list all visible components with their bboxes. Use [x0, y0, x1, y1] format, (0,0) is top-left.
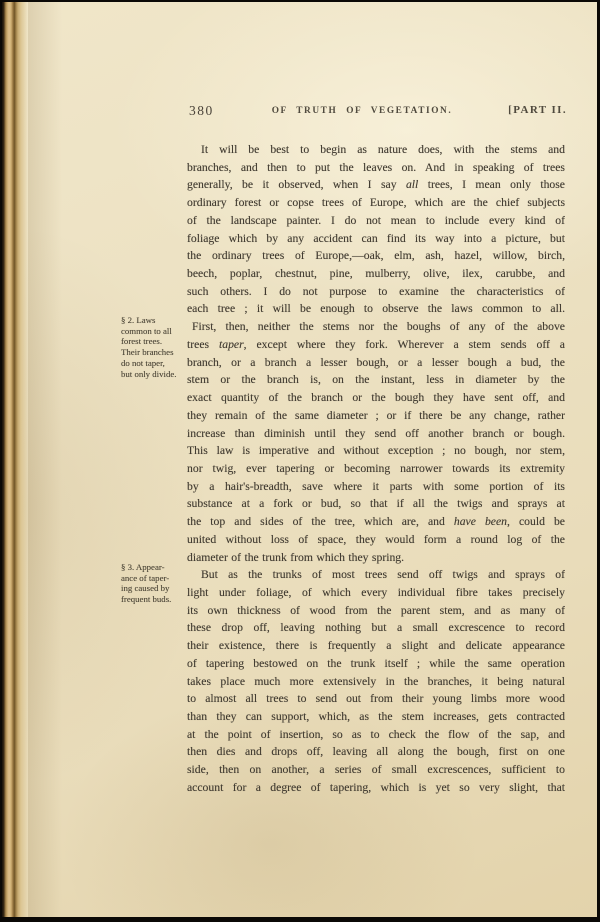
text-line: to almost all trees to send out from the…: [187, 690, 565, 708]
text-line: substance at a fork or bud, so that if a…: [187, 495, 565, 513]
text-line: foliage which by any accident can find i…: [187, 230, 565, 248]
text-line: beech, poplar, chestnut, pine, mulberry,…: [187, 265, 565, 283]
body-text: It will be best to begin as nature does,…: [187, 141, 565, 797]
text-line: exact quantity of the branch or the boug…: [187, 389, 565, 407]
margin-note-line: common to all: [121, 326, 185, 337]
text-line: light under foliage, of which every indi…: [187, 584, 565, 602]
text-line: increase than diminish until they send o…: [187, 425, 565, 443]
page-number: 380: [189, 103, 214, 119]
text-line: then dies and drops off, leaving all alo…: [187, 743, 565, 761]
text-line: side, then on another, a series of small…: [187, 761, 565, 779]
text-line: these drop off, leaving nothing but a sm…: [187, 619, 565, 637]
margin-note-line: do not taper,: [121, 358, 185, 369]
text-line: takes place much more extensively in the…: [187, 673, 565, 691]
text-line: diameter of the trunk from which they sp…: [187, 549, 565, 567]
text-line: each tree ; it will be enough to observe…: [187, 300, 565, 318]
part-label: [PART II.: [508, 104, 567, 116]
text-line: branches, and then to put the leaves on.…: [187, 159, 565, 177]
book-gutter-page-edges: [2, 2, 28, 917]
text-line: generally, be it observed, when I say al…: [187, 176, 565, 194]
margin-note-line: § 2. Laws: [121, 315, 185, 326]
text-line: the top and sides of the tree, which are…: [187, 513, 565, 531]
margin-note-line: forest trees.: [121, 336, 185, 347]
gutter-shadow: [28, 2, 62, 917]
text-line: such others. I do not purpose to examine…: [187, 283, 565, 301]
margin-note-line: ance of taper-: [121, 573, 185, 584]
margin-note-line: ing caused by: [121, 583, 185, 594]
text-line: stem or the branch is, on the instant, l…: [187, 371, 565, 389]
margin-note-section-2: § 2. Lawscommon to allforest trees.Their…: [121, 315, 185, 379]
text-line: branch, or a branch a lesser bough, or a…: [187, 354, 565, 372]
margin-note-line: § 3. Appear-: [121, 562, 185, 573]
text-line: than they can support, which, as the ste…: [187, 708, 565, 726]
margin-note-section-3: § 3. Appear-ance of taper-ing caused byf…: [121, 562, 185, 605]
text-line: ordinary forest or copse trees of Europe…: [187, 194, 565, 212]
running-title: OF TRUTH OF VEGETATION.: [217, 106, 507, 116]
text-line: It will be best to begin as nature does,…: [187, 141, 565, 159]
text-line: trees taper, except where they fork. Whe…: [187, 336, 565, 354]
text-line: This law is imperative and without excep…: [187, 442, 565, 460]
paragraph-section-2: First, then, neither the stems nor the b…: [187, 318, 565, 566]
paragraph-intro: It will be best to begin as nature does,…: [187, 141, 565, 318]
text-line: of tapering bestowed on the trunk itself…: [187, 655, 565, 673]
text-line: the ordinary trees of Europe,—oak, elm, …: [187, 247, 565, 265]
book-page: 380 OF TRUTH OF VEGETATION. [PART II. It…: [2, 2, 597, 917]
margin-note-line: frequent buds.: [121, 594, 185, 605]
text-line: of the landscape painter. I do not mean …: [187, 212, 565, 230]
text-line: But as the trunks of most trees send off…: [187, 566, 565, 584]
text-line: united without loss of space, they would…: [187, 531, 565, 549]
text-line: nor twig, ever tapering or becoming narr…: [187, 460, 565, 478]
text-line: they remain of the same diameter ; or if…: [187, 407, 565, 425]
text-line: at the point of insertion, so as to chec…: [187, 726, 565, 744]
text-line: their existence, there is frequently a s…: [187, 637, 565, 655]
text-line: by a hair's-breadth, save where it parts…: [187, 478, 565, 496]
paragraph-section-3: But as the trunks of most trees send off…: [187, 566, 565, 796]
margin-note-line: but only divide.: [121, 369, 185, 380]
text-line: its own thickness of wood from the paren…: [187, 602, 565, 620]
text-line: First, then, neither the stems nor the b…: [187, 318, 565, 336]
text-line: account for a degree of tapering, which …: [187, 779, 565, 797]
margin-note-line: Their branches: [121, 347, 185, 358]
running-header: 380 OF TRUTH OF VEGETATION. [PART II.: [187, 103, 567, 121]
